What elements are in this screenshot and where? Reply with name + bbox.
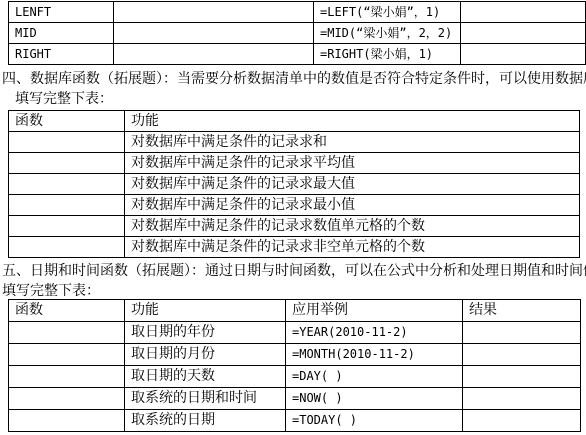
- formula-cell: =TODAY( ): [286, 410, 463, 432]
- column-header-function: 函数: [9, 300, 125, 322]
- column-header-example: 应用举例: [286, 300, 463, 322]
- table-row: 取日期的天数 =DAY( ): [9, 366, 581, 388]
- formula-cell: =MID(“梁小娟”，2，2): [314, 23, 461, 44]
- result-cell: [463, 322, 581, 344]
- section-4-heading: 四、数据库函数（拓展题）：当需要分析数据清单中的数值是否符合特定条件时，可以使用…: [2, 70, 586, 88]
- table-row: 取系统的日期和时间 =NOW( ): [9, 388, 581, 410]
- description-cell: 取日期的天数: [125, 366, 286, 388]
- result-cell: [461, 44, 586, 65]
- function-name-cell: RIGHT: [9, 44, 114, 65]
- section-5-heading: 五、日期和时间函数（拓展题）：通过日期与时间函数，可以在公式中分析和处理日期值和…: [2, 262, 586, 280]
- answer-cell: [9, 366, 125, 388]
- answer-cell: [9, 216, 125, 237]
- description-cell: 对数据库中满足条件的记录求最小值: [125, 195, 580, 216]
- description-cell: 取日期的月份: [125, 344, 286, 366]
- formula-cell: =MONTH(2010-11-2): [286, 344, 463, 366]
- answer-cell: [9, 195, 125, 216]
- table-header-row: 函数 功能 应用举例 结果: [9, 300, 581, 322]
- blank-cell: [114, 23, 314, 44]
- answer-cell: [9, 237, 125, 258]
- string-functions-table: LENFT =LEFT(“梁小娟”，1) MID =MID(“梁小娟”，2，2)…: [8, 1, 586, 65]
- fill-table-prompt-2: 填写完整下表：: [2, 282, 100, 300]
- description-cell: 对数据库中满足条件的记录求最大值: [125, 174, 580, 195]
- result-cell: [463, 366, 581, 388]
- result-cell: [461, 2, 586, 23]
- description-cell: 对数据库中满足条件的记录求数值单元格的个数: [125, 216, 580, 237]
- column-header-result: 结果: [463, 300, 581, 322]
- column-header-function: 函数: [9, 111, 125, 132]
- result-cell: [461, 23, 586, 44]
- answer-cell: [9, 132, 125, 153]
- formula-cell: =LEFT(“梁小娟”，1): [314, 2, 461, 23]
- answer-cell: [9, 322, 125, 344]
- description-cell: 对数据库中满足条件的记录求和: [125, 132, 580, 153]
- answer-cell: [9, 388, 125, 410]
- description-cell: 对数据库中满足条件的记录求平均值: [125, 153, 580, 174]
- description-cell: 取系统的日期和时间: [125, 388, 286, 410]
- table-row: 对数据库中满足条件的记录求和: [9, 132, 580, 153]
- description-cell: 取系统的日期: [125, 410, 286, 432]
- table-row: 取日期的月份 =MONTH(2010-11-2): [9, 344, 581, 366]
- table-row: 对数据库中满足条件的记录求平均值: [9, 153, 580, 174]
- answer-cell: [9, 153, 125, 174]
- fill-table-prompt-1: 填写完整下表：: [15, 90, 113, 108]
- answer-cell: [9, 174, 125, 195]
- database-functions-table: 函数 功能 对数据库中满足条件的记录求和 对数据库中满足条件的记录求平均值 对数…: [8, 110, 580, 258]
- table-row: 对数据库中满足条件的记录求最小值: [9, 195, 580, 216]
- table-header-row: 函数 功能: [9, 111, 580, 132]
- column-header-description: 功能: [125, 300, 286, 322]
- table-row: LENFT =LEFT(“梁小娟”，1): [9, 2, 586, 23]
- answer-cell: [9, 410, 125, 432]
- blank-cell: [114, 2, 314, 23]
- datetime-functions-table: 函数 功能 应用举例 结果 取日期的年份 =YEAR(2010-11-2) 取日…: [8, 299, 581, 432]
- formula-cell: =RIGHT(梁小娟，1): [314, 44, 461, 65]
- result-cell: [463, 388, 581, 410]
- table-row: 对数据库中满足条件的记录求非空单元格的个数: [9, 237, 580, 258]
- formula-cell: =NOW( ): [286, 388, 463, 410]
- column-header-description: 功能: [125, 111, 580, 132]
- table-row: 取日期的年份 =YEAR(2010-11-2): [9, 322, 581, 344]
- function-name-cell: MID: [9, 23, 114, 44]
- function-name-cell: LENFT: [9, 2, 114, 23]
- table-row: MID =MID(“梁小娟”，2，2): [9, 23, 586, 44]
- result-cell: [463, 410, 581, 432]
- table-row: 取系统的日期 =TODAY( ): [9, 410, 581, 432]
- answer-cell: [9, 344, 125, 366]
- result-cell: [463, 344, 581, 366]
- table-row: 对数据库中满足条件的记录求最大值: [9, 174, 580, 195]
- blank-cell: [114, 44, 314, 65]
- table-row: 对数据库中满足条件的记录求数值单元格的个数: [9, 216, 580, 237]
- table-row: RIGHT =RIGHT(梁小娟，1): [9, 44, 586, 65]
- description-cell: 取日期的年份: [125, 322, 286, 344]
- description-cell: 对数据库中满足条件的记录求非空单元格的个数: [125, 237, 580, 258]
- formula-cell: =DAY( ): [286, 366, 463, 388]
- formula-cell: =YEAR(2010-11-2): [286, 322, 463, 344]
